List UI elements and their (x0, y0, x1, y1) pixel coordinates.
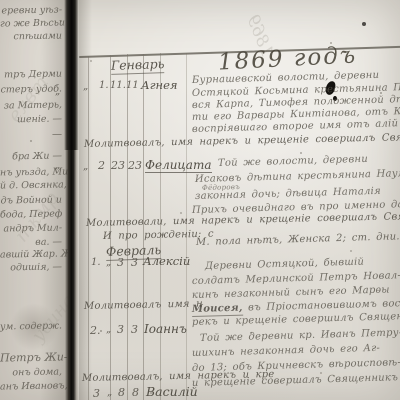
entry-baptism-day: 3 (131, 324, 138, 335)
entry-female-count: 2 (98, 160, 105, 171)
entry-text-line: шихинъ незаконная дочь его Аг- (192, 344, 380, 359)
entry-birth-day: 8 (118, 387, 125, 398)
entry-female-count: 1. (99, 81, 109, 91)
entry-male-count: „ (83, 82, 88, 92)
entry-text-line: Деревни Остяцкой, бывшій (205, 258, 364, 272)
entry-male-count: 1. (91, 258, 101, 268)
left-page-text-fragment: й д. Овсянка, (0, 180, 62, 191)
entry-name: Іоаннъ (144, 323, 187, 335)
entry-female-count: „ (106, 325, 111, 335)
entry-birth-day: 23 (111, 160, 125, 171)
entry-female-count: „ (107, 388, 112, 398)
left-page-text-fragment: го же Вѣсьи (0, 18, 62, 29)
right-page-crease-shadow (79, 0, 92, 400)
tally-line: М. пола нѣтъ, Женска 2; ст. дни. (196, 232, 400, 248)
entry-name: Алексій (143, 256, 190, 268)
left-page-text-fragment: авшій Жар. Ж. (0, 249, 62, 260)
baptism-formula-line: Молитвовали, имя нарекъ и крещеніе совер… (86, 212, 400, 229)
entry-birth-day: 3 (117, 324, 124, 335)
entry-male-count: „ (83, 162, 88, 172)
entry-text-line: Той же волости, деревни (218, 155, 368, 169)
entry-male-count: 2. (90, 325, 101, 336)
document-scan: еревни уѣз- го же Вѣсьи спѣшами тръ Дерм… (0, 0, 400, 400)
left-page-text-fragment: еревни уѣз- (0, 5, 62, 16)
paper-smudge (10, 303, 58, 351)
left-page-text-fragment: онъ дома, (0, 367, 62, 378)
entry-baptism-day: 8 (132, 387, 139, 398)
left-page-text-fragment: спѣшами (0, 31, 62, 42)
left-page-text-fragment: Петръ Жи- (0, 351, 62, 363)
entry-text-line: Той же деревни кр. Иванъ Петру- (200, 328, 400, 344)
left-page-text-fragment: нъ уѣзда, Ми- (0, 167, 62, 178)
entry-baptism-day: 23 (128, 160, 142, 171)
entry-baptism-day: 11 (126, 81, 139, 91)
entry-name: Василій (146, 386, 198, 399)
left-page-text-fragment: анъ Ивановъ, (0, 381, 62, 392)
entry-name: Фелицата (145, 159, 212, 173)
margin-ditto-mark: „ (55, 87, 60, 97)
entry-name: Агнея (141, 80, 178, 92)
entry-baptism-day: 3 (131, 257, 138, 268)
paper-specks (0, 0, 2, 2)
entry-male-count: 3 (93, 388, 100, 399)
left-page-text-fragment: бра Жи — (0, 151, 62, 162)
entry-female-count: „ (106, 258, 111, 268)
entry-birth-day: 11. (110, 81, 126, 91)
entry-birth-day: 3 (117, 257, 124, 268)
margin-ditto-mark: — (52, 130, 62, 140)
margin-ditto-mark: „ (55, 161, 60, 171)
baptism-formula-line: Молитвовалъ, имя нарекъ и крещеніе совер… (84, 133, 400, 150)
left-page-text-fragment: одишія, — (0, 262, 62, 273)
book-binding-dark-top (64, 0, 79, 150)
month-heading-january: Генварь (111, 58, 165, 74)
